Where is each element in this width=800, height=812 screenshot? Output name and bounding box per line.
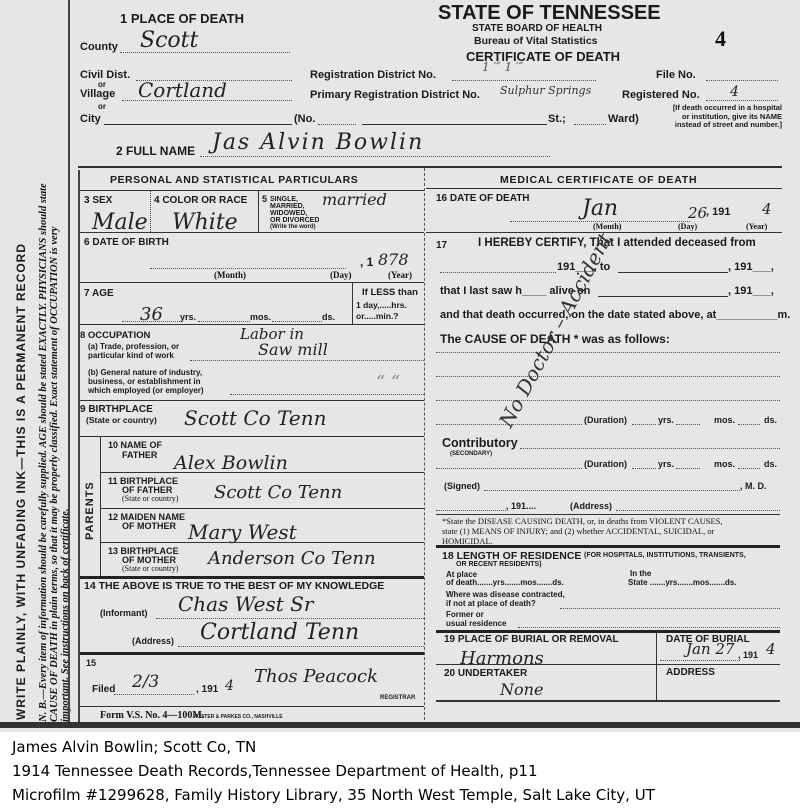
former-residence-label: Former or <box>446 610 484 619</box>
age-yrs-label: yrs. <box>180 312 196 322</box>
duration-line <box>738 424 760 425</box>
burial-year-prefix: , 191 <box>738 650 758 660</box>
form-border-left <box>78 170 80 722</box>
registration-district-label: Registration District No. <box>310 69 436 81</box>
in-state-label: In the <box>630 569 651 578</box>
contributory-label: Contributory <box>442 436 518 450</box>
less-than-day-label: If LESS than <box>362 287 418 298</box>
full-name-line <box>200 156 550 157</box>
undertaker-value: None <box>500 680 543 699</box>
margin-instruction-write-plainly: WRITE PLAINLY, WITH UNFADING INK—THIS IS… <box>14 243 28 720</box>
board-title: STATE BOARD OF HEALTH <box>472 23 602 34</box>
caption-line-2: 1914 Tennessee Death Records,Tennessee D… <box>12 762 538 780</box>
signed-year: , 191.... <box>506 501 536 511</box>
dod-day-label: (Day) <box>678 222 697 231</box>
informant-address-label: (Address) <box>132 636 174 646</box>
race-label: 4 COLOR OR RACE <box>154 195 247 206</box>
divider <box>436 664 780 665</box>
certify-line-1: I HEREBY CERTIFY, That I attended deceas… <box>478 237 756 249</box>
dob-label: 6 DATE OF BIRTH <box>84 237 169 248</box>
county-label: County <box>80 41 118 53</box>
residence-sub-label: OR RECENT RESIDENTS) <box>456 561 542 568</box>
village-value: Cortland <box>138 78 227 102</box>
marital-label: (Write the word) <box>270 224 316 230</box>
age-years-line <box>122 321 180 322</box>
dod-year-label: (Year) <box>746 222 767 231</box>
occupation-a-line <box>190 360 424 361</box>
primary-registration-value: Sulphur Springs <box>500 84 591 97</box>
printer-credit: FOSTER & PARKES CO., NASHVILLE <box>194 714 283 720</box>
contributory-line <box>520 448 780 449</box>
divider <box>656 630 657 700</box>
divider <box>80 706 424 707</box>
section-divider <box>78 166 782 168</box>
cause-footnote: *State the DISEASE CAUSING DEATH, or, in… <box>442 516 723 526</box>
street-line <box>362 124 547 125</box>
certify-number: 17 <box>436 240 447 251</box>
parents-label: PARENTS <box>84 481 96 540</box>
sex-label: 3 SEX <box>84 195 112 206</box>
marital-label: SINGLE, <box>270 196 298 203</box>
dob-day-label: (Day) <box>330 270 352 280</box>
section-divider <box>436 545 780 548</box>
filed-number: 15 <box>86 658 96 668</box>
section-divider <box>436 700 780 702</box>
page-number: 4 <box>715 26 726 52</box>
former-residence-label: usual residence <box>446 619 506 628</box>
ward-line <box>574 124 606 125</box>
occupation-a-value-2: Saw mill <box>258 340 328 359</box>
less-than-hrs-label: 1 day,.....hrs. <box>356 300 407 310</box>
filed-year-value: 4 <box>225 678 234 694</box>
dod-year-prefix: , 191 <box>706 206 730 218</box>
divider <box>426 188 782 189</box>
column-divider <box>424 168 425 720</box>
duration-line <box>632 424 656 425</box>
certify-line-4: and that death occurred, on the date sta… <box>440 309 790 321</box>
occupation-b-label: which employed (or employer) <box>88 386 204 395</box>
full-name-value: Jas Alvin Bowlin <box>212 130 424 155</box>
divider <box>436 514 780 515</box>
secondary-label: (SECONDARY) <box>450 451 492 457</box>
divider <box>100 542 424 543</box>
duration-line <box>676 468 700 469</box>
section-divider <box>436 630 780 633</box>
margin-border-left <box>68 0 70 722</box>
occupation-b-label: business, or establishment in <box>88 377 200 386</box>
duration-ds-label: ds. <box>764 459 777 469</box>
burial-date-value: Jan 27 <box>686 640 734 658</box>
birthplace-label: 9 BIRTHPLACE <box>80 404 153 415</box>
registrar-signature: Thos Peacock <box>254 666 378 687</box>
informant-address-line <box>178 646 424 647</box>
duration-yrs-label: yrs. <box>658 459 674 469</box>
marital-value: married <box>322 190 387 209</box>
informant-label: (Informant) <box>100 608 148 618</box>
scan-bottom-edge <box>0 722 800 728</box>
burial-year-value: 4 <box>766 640 776 658</box>
duration-mos-label: mos. <box>714 415 735 425</box>
md-label: , M. D. <box>740 481 767 491</box>
caption-line-3: Microfilm #1299628, Family History Libra… <box>12 786 655 804</box>
dob-month-label: (Month) <box>214 270 246 280</box>
hospital-note: [If death occurred in a hospital or inst… <box>672 104 782 130</box>
date-of-death-day: 26 <box>688 204 707 222</box>
mother-birthplace-label: (State or country) <box>122 564 178 573</box>
burial-place-label: 19 PLACE OF BURIAL OR REMOVAL <box>444 634 619 645</box>
certify-line-3b: , 191___, <box>728 285 774 297</box>
mother-name-label: OF MOTHER <box>122 521 176 531</box>
parents-divider <box>100 436 101 576</box>
filed-line <box>114 694 194 695</box>
informant-value: Chas West Sr <box>178 592 313 616</box>
age-label: 7 AGE <box>84 288 114 299</box>
divider <box>150 190 151 232</box>
birthplace-value: Scott Co Tenn <box>184 406 326 430</box>
date-of-death-year: 4 <box>762 200 772 218</box>
physician-address-line <box>616 510 780 511</box>
registration-district-line <box>452 80 596 81</box>
certify-line-2b: , 191___, <box>728 261 774 273</box>
marital-label: MARRIED, <box>270 203 305 210</box>
registered-no-label: Registered No. <box>622 89 700 101</box>
dob-year-value: 878 <box>378 250 409 269</box>
certify-last-seen-line <box>598 296 728 297</box>
occupation-b-line <box>230 394 424 395</box>
age-mos-label: mos. <box>250 312 271 322</box>
personal-heading: PERSONAL AND STATISTICAL PARTICULARS <box>110 174 358 186</box>
file-no-label: File No. <box>656 69 696 81</box>
former-residence-line <box>518 627 780 628</box>
age-ds-line <box>272 321 322 322</box>
occupation-label: 8 OCCUPATION <box>80 330 150 341</box>
duration-line <box>738 468 760 469</box>
margin-nb-line1: N. B.—Every item of information should b… <box>38 183 49 722</box>
state-title: STATE OF TENNESSEE <box>438 2 661 25</box>
death-certificate-scan: WRITE PLAINLY, WITH UNFADING INK—THIS IS… <box>0 0 800 732</box>
ward-label: Ward) <box>608 113 639 125</box>
less-than-min-label: or.....min.? <box>356 311 399 321</box>
date-of-death-label: 16 DATE OF DEATH <box>436 193 530 204</box>
disease-contracted-label: Where was disease contracted, <box>446 590 565 599</box>
divider <box>258 190 259 232</box>
filed-date-value: 2/3 <box>132 672 159 692</box>
signed-label: (Signed) <box>444 481 480 491</box>
signed-line <box>484 490 740 491</box>
marital-label-number: 5 <box>262 194 267 204</box>
cause-line <box>436 376 780 377</box>
undertaker-address-label: ADDRESS <box>666 667 715 678</box>
street-number-label: (No. <box>294 113 315 125</box>
divider <box>100 472 424 473</box>
full-name-label: 2 FULL NAME <box>116 144 195 158</box>
city-line <box>104 124 292 125</box>
duration-line <box>632 468 656 469</box>
disease-contracted-label: if not at place of death? <box>446 599 536 608</box>
village-label: Village <box>80 88 115 100</box>
section-divider <box>80 576 424 579</box>
cause-line <box>436 400 780 401</box>
duration-yrs-label: yrs. <box>658 415 674 425</box>
informant-line <box>156 618 424 619</box>
registrar-label: REGISTRAR <box>380 695 415 701</box>
physician-address-label: (Address) <box>570 501 612 511</box>
contributory-line <box>436 468 582 469</box>
occupation-b-value: “ “ <box>376 372 400 393</box>
cause-line <box>436 352 780 353</box>
residence-sub-label: (FOR HOSPITALS, INSTITUTIONS, TRANSIENTS… <box>584 552 746 559</box>
undertaker-label: 20 UNDERTAKER <box>444 668 527 679</box>
duration-label: (Duration) <box>584 415 627 425</box>
divider <box>80 400 424 401</box>
registration-district-value: 1 ′″ 1 ′″ <box>482 60 523 74</box>
duration-line <box>676 424 700 425</box>
father-birthplace-value: Scott Co Tenn <box>214 482 342 503</box>
divider <box>80 436 424 437</box>
age-ds-label: ds. <box>322 312 335 322</box>
duration-ds-label: ds. <box>764 415 777 425</box>
in-state-label: State .......yrs.......mos.......ds. <box>628 578 736 587</box>
father-name-label: 10 NAME OF <box>108 440 162 450</box>
marital-label: WIDOWED, <box>270 210 307 217</box>
caption-line-1: James Alvin Bowlin; Scott Co, TN <box>12 738 256 756</box>
registered-no-value: 4 <box>730 84 739 100</box>
divider <box>80 282 424 283</box>
certify-to-line <box>618 272 728 273</box>
duration-label: (Duration) <box>584 459 627 469</box>
father-birthplace-label: (State or country) <box>122 494 178 503</box>
father-name-label: FATHER <box>122 450 157 460</box>
divider <box>80 232 424 233</box>
filed-label: Filed <box>92 684 115 695</box>
at-place-label: of death.......yrs.......mos.......ds. <box>446 578 564 587</box>
street-label: St.; <box>548 113 566 125</box>
county-value: Scott <box>140 28 198 53</box>
mother-birthplace-value: Anderson Co Tenn <box>208 548 376 569</box>
disease-contracted-line <box>560 608 780 609</box>
date-of-death-month: Jan <box>582 196 618 221</box>
divider <box>100 508 424 509</box>
informant-heading: 14 THE ABOVE IS TRUE TO THE BEST OF MY K… <box>84 580 384 592</box>
informant-address-value: Cortland Tenn <box>200 620 359 645</box>
divider <box>352 282 353 324</box>
burial-date-line <box>660 660 740 661</box>
place-of-death-heading: 1 PLACE OF DEATH <box>120 11 244 26</box>
mother-name-value: Mary West <box>188 520 297 544</box>
father-name-value: Alex Bowlin <box>174 452 288 474</box>
signed-date-line <box>436 510 506 511</box>
registered-no-line <box>706 100 778 101</box>
cause-footnote: state (1) MEANS OF INJURY; and (2) wheth… <box>442 526 714 536</box>
birthplace-sub-label: (State or country) <box>86 415 157 425</box>
age-mos-line <box>198 321 250 322</box>
marital-label: OR DIVORCED <box>270 217 319 224</box>
street-number-line <box>318 124 356 125</box>
primary-registration-label: Primary Registration District No. <box>310 89 480 101</box>
occupation-b-label: (b) General nature of industry, <box>88 368 202 377</box>
city-label: City <box>80 113 101 125</box>
form-number: Form V.S. No. 4—100M. <box>100 710 204 721</box>
medical-heading: MEDICAL CERTIFICATE OF DEATH <box>500 174 697 186</box>
dob-year-label: (Year) <box>388 270 412 280</box>
margin-nb-line2: CAUSE OF DEATH in plain terms, so that i… <box>49 227 60 722</box>
occupation-a-label: particular kind of work <box>88 351 174 360</box>
or-label: or <box>98 102 106 111</box>
file-no-line <box>706 80 778 81</box>
dob-line <box>150 268 346 269</box>
dob-year-prefix: , 1 <box>360 255 373 269</box>
occupation-a-label: (a) Trade, profession, or <box>88 342 179 351</box>
filed-year-prefix: , 191 <box>196 684 218 695</box>
certify-from-line <box>440 272 556 273</box>
duration-mos-label: mos. <box>714 459 735 469</box>
burial-place-value: Harmons <box>460 648 544 669</box>
bureau-title: Bureau of Vital Statistics <box>474 35 598 47</box>
section-divider <box>80 652 424 655</box>
